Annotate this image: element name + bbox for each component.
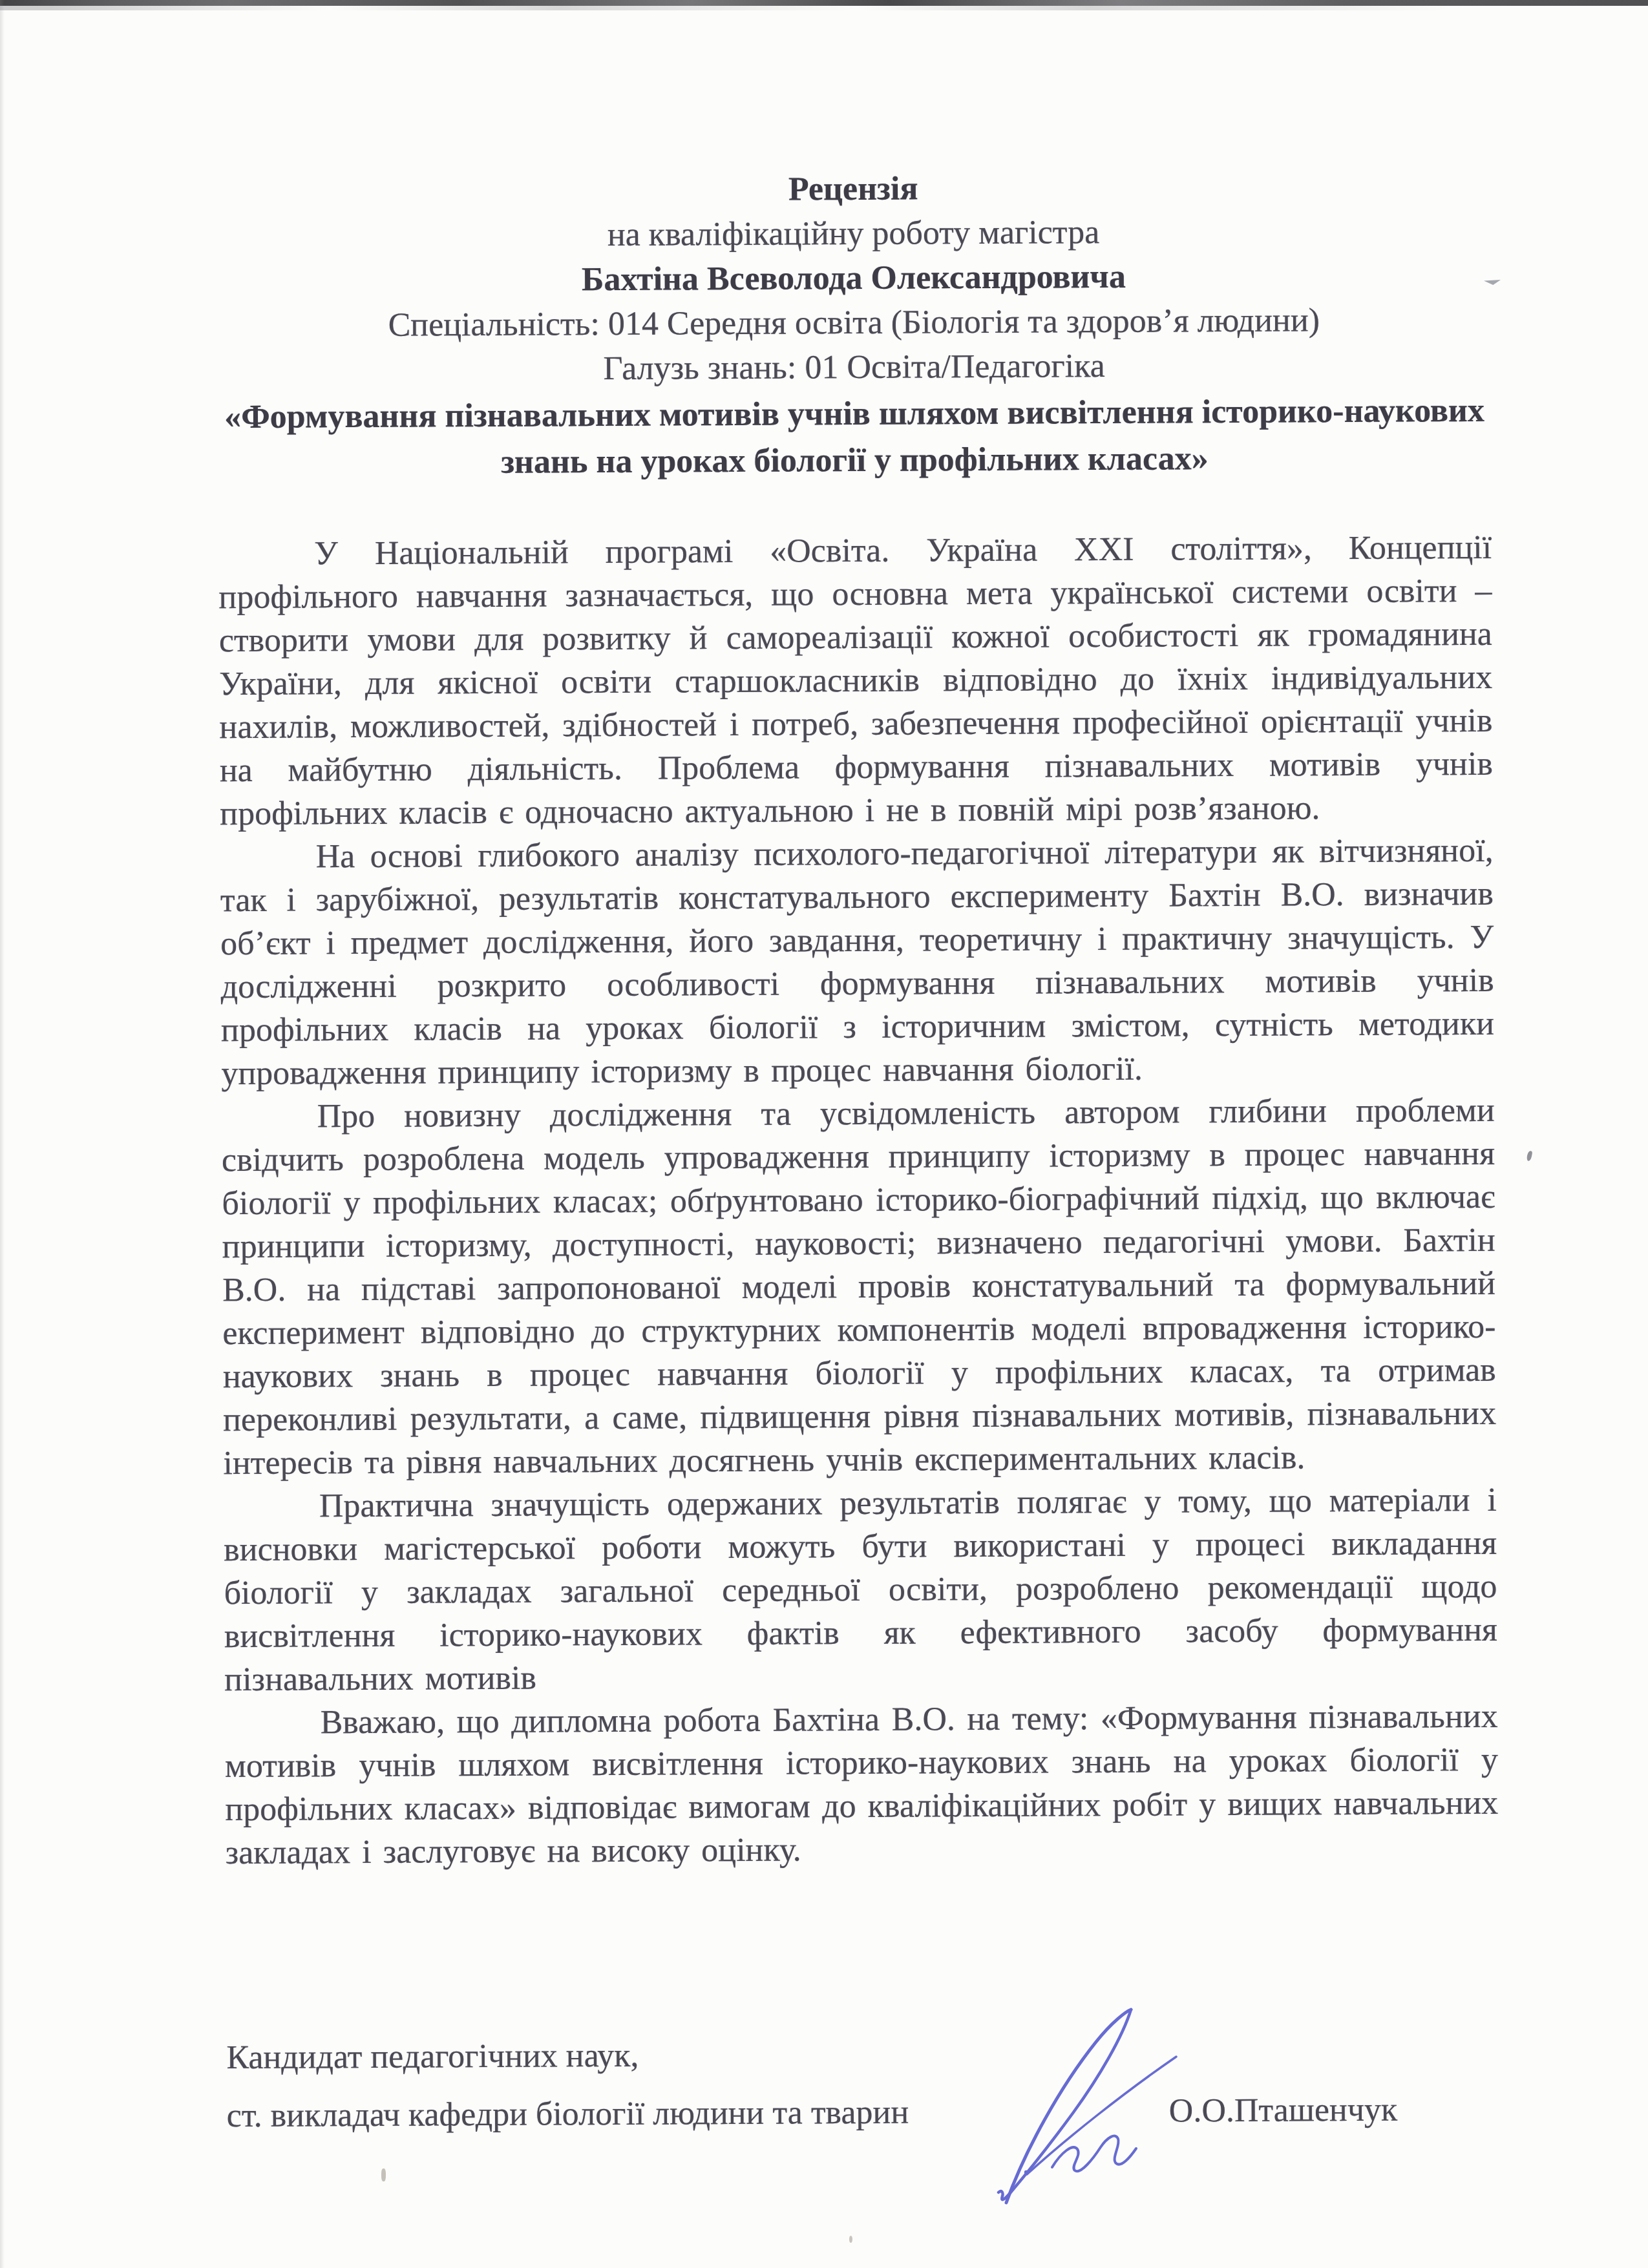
scan-edge-haze xyxy=(0,6,1648,10)
signer-position: ст. викладач кафедри біології людини та … xyxy=(227,2094,909,2135)
review-body: У Національній програмі «Освіта. Україна… xyxy=(218,526,1499,1874)
author-name: Бахтіна Всеволода Олександровича xyxy=(217,253,1490,304)
signer-name: О.О.Пташенчук xyxy=(1169,2091,1398,2131)
scan-speck-bottom-center xyxy=(849,2236,852,2243)
signature-ink-dot xyxy=(1024,2170,1028,2174)
paragraph-conclusion: Вважаю, що дипломна робота Бахтіна В.О. … xyxy=(224,1695,1498,1874)
scan-left-edge xyxy=(0,0,5,2268)
review-title: Рецензія xyxy=(217,163,1490,215)
scan-edge-artifact xyxy=(0,0,1648,6)
paragraph-novelty: Про новизну дослідження та усвідомленіст… xyxy=(222,1089,1497,1485)
scanned-document-page: Рецензія на кваліфікаційну роботу магіст… xyxy=(0,0,1648,2268)
specialty-line: Спеціальність: 014 Середня освіта (Біоло… xyxy=(217,297,1490,348)
signer-degree: Кандидат педагогічних наук, xyxy=(226,2032,1499,2077)
document-content: Рецензія на кваліфікаційну роботу магіст… xyxy=(217,163,1499,1874)
paragraph-analysis: На основі глибокого аналізу психолого-пе… xyxy=(220,829,1494,1095)
paragraph-intro: У Національній програмі «Освіта. Україна… xyxy=(218,526,1493,835)
signature-block: Кандидат педагогічних наук, ст. викладач… xyxy=(226,2032,1500,2136)
signature-stroke-scribble xyxy=(1052,2136,1136,2172)
field-of-knowledge-line: Галузь знань: 01 Освіта/Педагогіка xyxy=(217,342,1490,393)
paragraph-practical-value: Практична значущість одержаних результат… xyxy=(224,1478,1498,1701)
review-subtitle: на кваліфікаційну роботу магістра xyxy=(217,208,1490,259)
document-header: Рецензія на кваліфікаційну роботу магіст… xyxy=(217,163,1492,487)
signer-row: ст. викладач кафедри біології людини та … xyxy=(227,2090,1500,2136)
scan-speck-bottom-left xyxy=(381,2168,386,2181)
scan-speck-right-margin xyxy=(1526,1150,1532,1161)
thesis-title: «Формування пізнавальних мотивів учнів ш… xyxy=(218,388,1492,487)
